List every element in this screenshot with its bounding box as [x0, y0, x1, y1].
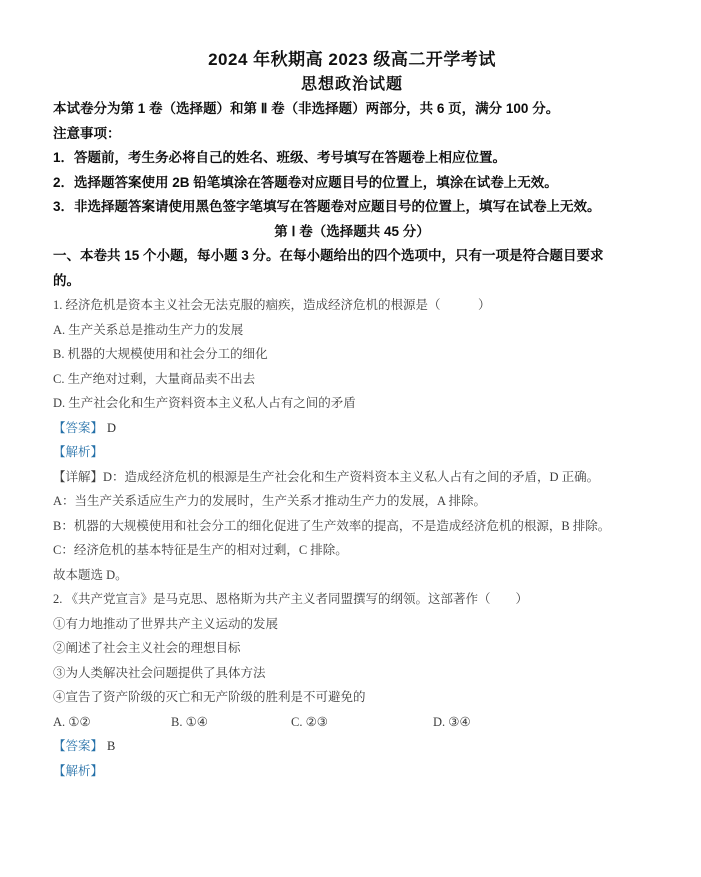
- question-option: A. ①②: [53, 715, 171, 730]
- question-statement: ④宣告了资产阶级的灭亡和无产阶级的胜利是不可避免的: [53, 690, 651, 705]
- analysis-line: 【解析】: [53, 445, 651, 460]
- exam-document-page: 2024 年秋期高 2023 级高二开学考试 思想政治试题 本试卷分为第 1 卷…: [0, 0, 701, 877]
- exam-subject-title: 思想政治试题: [53, 78, 651, 93]
- section-title: 第 Ⅰ 卷（选择题共 45 分）: [53, 225, 651, 240]
- analysis-conclusion: 故本题选 D。: [53, 568, 651, 583]
- answer-line: 【答案】D: [53, 421, 651, 436]
- question-stem: 2. 《共产党宣言》是马克思、恩格斯为共产主义者同盟撰写的纲领。这部著作（ ）: [53, 592, 651, 607]
- question-statement: ①有力地推动了世界共产主义运动的发展: [53, 617, 651, 632]
- notices-heading: 注意事项：: [53, 127, 651, 142]
- question-option: B. ①④: [171, 715, 291, 730]
- analysis-label: 【解析】: [53, 445, 103, 459]
- analysis-detail: A：当生产关系适应生产力的发展时，生产关系才推动生产力的发展，A 排除。: [53, 494, 651, 509]
- analysis-label: 【解析】: [53, 764, 103, 778]
- question-option: A. 生产关系总是推动生产力的发展: [53, 323, 651, 338]
- question-stem: 1. 经济危机是资本主义社会无法克服的痼疾，造成经济危机的根源是（ ）: [53, 298, 651, 313]
- question-statement: ②阐述了社会主义社会的理想目标: [53, 641, 651, 656]
- question-options-row: A. ①② B. ①④ C. ②③ D. ③④: [53, 715, 651, 730]
- section-note-line2: 的。: [53, 274, 651, 289]
- notice-item: 1．答题前，考生务必将自己的姓名、班级、考号填写在答题卷上相应位置。: [53, 151, 651, 166]
- exam-intro: 本试卷分为第 1 卷（选择题）和第 Ⅱ 卷（非选择题）两部分，共 6 页，满分 …: [53, 102, 651, 117]
- analysis-detail: 【详解】D：造成经济危机的根源是生产社会化和生产资料资本主义私人占有之间的矛盾，…: [53, 470, 651, 485]
- answer-line: 【答案】B: [53, 739, 651, 754]
- answer-value: D: [107, 421, 116, 435]
- analysis-line: 【解析】: [53, 764, 651, 779]
- question-option: D. ③④: [433, 715, 651, 730]
- analysis-detail: B：机器的大规模使用和社会分工的细化促进了生产效率的提高，不是造成经济危机的根源…: [53, 519, 651, 534]
- question-option: C. ②③: [291, 715, 433, 730]
- answer-label: 【答案】: [53, 739, 103, 753]
- notice-item: 2．选择题答案使用 2B 铅笔填涂在答题卷对应题目号的位置上，填涂在试卷上无效。: [53, 176, 651, 191]
- answer-label: 【答案】: [53, 421, 103, 435]
- notice-item: 3．非选择题答案请使用黑色签字笔填写在答题卷对应题目号的位置上，填写在试卷上无效…: [53, 200, 651, 215]
- question-option: D. 生产社会化和生产资料资本主义私人占有之间的矛盾: [53, 396, 651, 411]
- exam-title: 2024 年秋期高 2023 级高二开学考试: [53, 53, 651, 68]
- section-note-line1: 一、本卷共 15 个小题，每小题 3 分。在每小题给出的四个选项中，只有一项是符…: [53, 249, 651, 264]
- answer-value: B: [107, 739, 115, 753]
- question-option: C. 生产绝对过剩，大量商品卖不出去: [53, 372, 651, 387]
- question-option: B. 机器的大规模使用和社会分工的细化: [53, 347, 651, 362]
- question-statement: ③为人类解决社会问题提供了具体方法: [53, 666, 651, 681]
- analysis-detail: C：经济危机的基本特征是生产的相对过剩，C 排除。: [53, 543, 651, 558]
